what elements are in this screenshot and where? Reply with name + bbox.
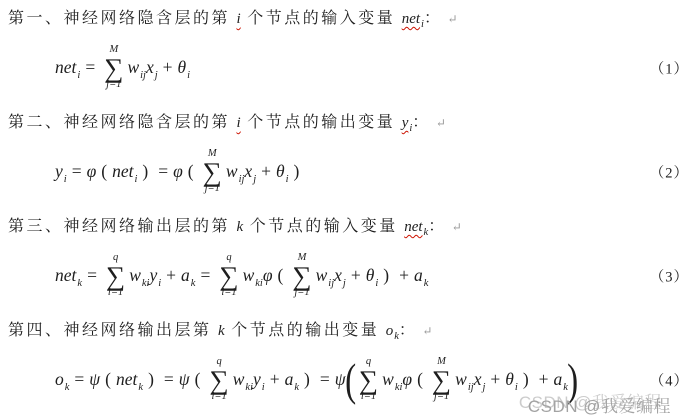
subscript: k — [294, 382, 299, 393]
subscript: j — [343, 278, 346, 289]
sum-lower-limit: i=1 — [221, 288, 236, 299]
heading-text: ： — [428, 218, 447, 235]
summation-symbol: M∑j=1 — [203, 149, 222, 195]
math-variable: φ — [402, 369, 412, 390]
math-variable: φ — [263, 265, 273, 286]
math-operator: ( — [278, 265, 284, 286]
math-variable: wki — [233, 369, 253, 390]
math-variable: netk — [55, 265, 82, 286]
subscript: i — [262, 382, 265, 393]
math-operator: = — [200, 265, 210, 286]
math-operator: ) — [142, 161, 148, 182]
subscript: k — [77, 278, 82, 289]
math-operator: = — [74, 369, 84, 390]
sigma-icon: ∑ — [219, 264, 238, 289]
math-variable: wki — [382, 369, 402, 390]
summation-symbol: q∑i=1 — [209, 357, 228, 403]
math-operator: + — [163, 57, 173, 78]
subscript: i — [134, 174, 137, 185]
heading-text: ： — [424, 10, 443, 27]
heading-text: 第二、神经网络隐含层的第 — [8, 114, 237, 131]
subscript: i — [286, 174, 289, 185]
math-variable: wki — [129, 265, 149, 286]
sigma-icon: ∑ — [432, 368, 451, 393]
sum-lower-limit: i=1 — [211, 392, 226, 403]
math-variable: φ — [173, 161, 183, 182]
subscript: ki — [395, 382, 403, 393]
formula: yi=φ(neti)=φ(M∑j=1wijxj+θi) — [55, 149, 304, 195]
summation-symbol: M∑j=1 — [292, 253, 311, 299]
math-operator: + — [399, 265, 409, 286]
math-operator: = — [85, 57, 95, 78]
sigma-icon: ∑ — [106, 264, 125, 289]
math-operator: + — [351, 265, 361, 286]
math-operator: ) — [294, 161, 300, 182]
math-operator: = — [72, 161, 82, 182]
math-variable: neti — [55, 57, 80, 78]
math-operator: ( — [105, 369, 111, 390]
heading-variable: netk — [404, 219, 428, 235]
math-variable: θi — [505, 369, 518, 390]
math-operator: ( — [101, 161, 107, 182]
equation-number: （3） — [650, 266, 689, 287]
sigma-icon: ∑ — [292, 264, 311, 289]
math-variable: θi — [276, 161, 289, 182]
document-page: 第一、神经网络隐含层的第 i 个节点的输入变量 neti：↵ neti=M∑j=… — [0, 0, 695, 408]
formula: neti=M∑j=1wijxj+θi — [55, 45, 190, 91]
math-variable: wij — [455, 369, 474, 390]
math-operator: ( — [417, 369, 423, 390]
summation-symbol: M∑j=1 — [104, 45, 123, 91]
math-variable: wij — [226, 161, 245, 182]
subscript: j — [253, 174, 256, 185]
formula: netk=q∑i=1wkiyi+ak=q∑i=1wkiφ(M∑j=1wijxj+… — [55, 253, 428, 299]
section-heading: 第二、神经网络隐含层的第 i 个节点的输出变量 yi：↵ — [8, 112, 695, 134]
math-operator: + — [166, 265, 176, 286]
math-operator: = — [87, 265, 97, 286]
math-operator: + — [270, 369, 280, 390]
subscript: ki — [255, 278, 263, 289]
math-operator: ) — [304, 369, 310, 390]
heading-variable: ok — [386, 323, 399, 339]
math-variable: θi — [366, 265, 379, 286]
sigma-icon: ∑ — [359, 368, 378, 393]
math-variable: φ — [87, 161, 97, 182]
heading-variable: yi — [402, 115, 413, 131]
section-heading: 第三、神经网络输出层的第 k 个节点的输入变量 netk：↵ — [8, 216, 695, 238]
math-variable: netk — [116, 369, 143, 390]
equation-row: neti=M∑j=1wijxj+θi （1） — [0, 40, 695, 96]
equation-row: yi=φ(neti)=φ(M∑j=1wijxj+θi) （2） — [0, 144, 695, 200]
summation-symbol: q∑i=1 — [106, 253, 125, 299]
watermark-text: CSDN @我爱编程 — [528, 392, 671, 417]
subscript: i — [77, 70, 80, 81]
sum-lower-limit: j=1 — [294, 288, 309, 299]
equation-row: netk=q∑i=1wkiyi+ak=q∑i=1wkiφ(M∑j=1wijxj+… — [0, 248, 695, 304]
paragraph-mark: ↵ — [436, 116, 446, 130]
math-variable: ak — [285, 369, 299, 390]
sum-lower-limit: i=1 — [108, 288, 123, 299]
heading-text: 个节点的输入变量 — [241, 10, 402, 27]
equation-number: （2） — [650, 162, 689, 183]
heading-text: 第一、神经网络隐含层的第 — [8, 10, 237, 27]
subscript: k — [191, 278, 196, 289]
heading-text: 个节点的输出变量 — [225, 322, 386, 339]
subscript: k — [424, 278, 429, 289]
math-operator: ( — [188, 161, 194, 182]
math-variable: yi — [149, 265, 161, 286]
heading-variable: k — [218, 323, 225, 339]
section-heading: 第一、神经网络隐含层的第 i 个节点的输入变量 neti：↵ — [8, 8, 695, 30]
sigma-icon: ∑ — [209, 368, 228, 393]
math-operator: + — [261, 161, 271, 182]
math-variable: θi — [178, 57, 191, 78]
math-variable: xj — [474, 369, 486, 390]
math-operator: ) — [383, 265, 389, 286]
subscript: i — [64, 174, 67, 185]
math-variable: ψ — [335, 369, 346, 390]
math-variable: xj — [334, 265, 346, 286]
math-operator: = — [164, 369, 174, 390]
math-variable: yi — [253, 369, 265, 390]
math-variable: neti — [112, 161, 137, 182]
math-variable: wij — [316, 265, 335, 286]
heading-variable: neti — [402, 11, 424, 27]
paragraph-mark: ↵ — [422, 324, 432, 338]
subscript: j — [482, 382, 485, 393]
equation-number: （1） — [650, 58, 689, 79]
heading-text: 第四、神经网络输出层第 — [8, 322, 218, 339]
subscript: k — [65, 382, 70, 393]
math-variable: ψ — [179, 369, 190, 390]
subscript: i — [187, 70, 190, 81]
subscript: k — [138, 382, 143, 393]
math-variable: ak — [181, 265, 195, 286]
math-variable: xj — [146, 57, 158, 78]
subscript: i — [375, 278, 378, 289]
heading-text: ： — [399, 322, 418, 339]
subscript: j — [155, 70, 158, 81]
sigma-icon: ∑ — [203, 160, 222, 185]
math-variable: xj — [244, 161, 256, 182]
math-variable: yi — [55, 161, 67, 182]
math-operator: ) — [148, 369, 154, 390]
subscript: i — [515, 382, 518, 393]
subscript: ki — [245, 382, 253, 393]
math-operator: = — [158, 161, 168, 182]
section-heading: 第四、神经网络输出层第 k 个节点的输出变量 ok：↵ — [8, 320, 695, 342]
math-variable: ψ — [89, 369, 100, 390]
section: 第三、神经网络输出层的第 k 个节点的输入变量 netk：↵ netk=q∑i=… — [0, 216, 695, 304]
math-variable: ok — [55, 369, 69, 390]
heading-text: 个节点的输出变量 — [241, 114, 402, 131]
math-operator: ( — [195, 369, 201, 390]
math-operator: = — [320, 369, 330, 390]
sum-lower-limit: i=1 — [361, 392, 376, 403]
paragraph-mark: ↵ — [452, 220, 462, 234]
math-variable: wij — [127, 57, 146, 78]
summation-symbol: M∑j=1 — [432, 357, 451, 403]
sum-lower-limit: j=1 — [434, 392, 449, 403]
sigma-icon: ∑ — [104, 56, 123, 81]
heading-text: 个节点的输入变量 — [243, 218, 404, 235]
subscript: i — [158, 278, 161, 289]
sum-lower-limit: j=1 — [106, 80, 121, 91]
math-variable: ak — [414, 265, 428, 286]
paragraph-mark: ↵ — [447, 12, 457, 26]
section: 第一、神经网络隐含层的第 i 个节点的输入变量 neti：↵ neti=M∑j=… — [0, 8, 695, 96]
summation-symbol: q∑i=1 — [359, 357, 378, 403]
heading-text: ： — [412, 114, 431, 131]
math-variable: wki — [243, 265, 263, 286]
formula: ok=ψ(netk)=ψ(q∑i=1wkiyi+ak)=ψ(q∑i=1wkiφ(… — [55, 357, 577, 403]
summation-symbol: q∑i=1 — [219, 253, 238, 299]
section: 第二、神经网络隐含层的第 i 个节点的输出变量 yi：↵ yi=φ(neti)=… — [0, 112, 695, 200]
heading-text: 第三、神经网络输出层的第 — [8, 218, 237, 235]
math-operator: + — [490, 369, 500, 390]
sum-lower-limit: j=1 — [205, 184, 220, 195]
